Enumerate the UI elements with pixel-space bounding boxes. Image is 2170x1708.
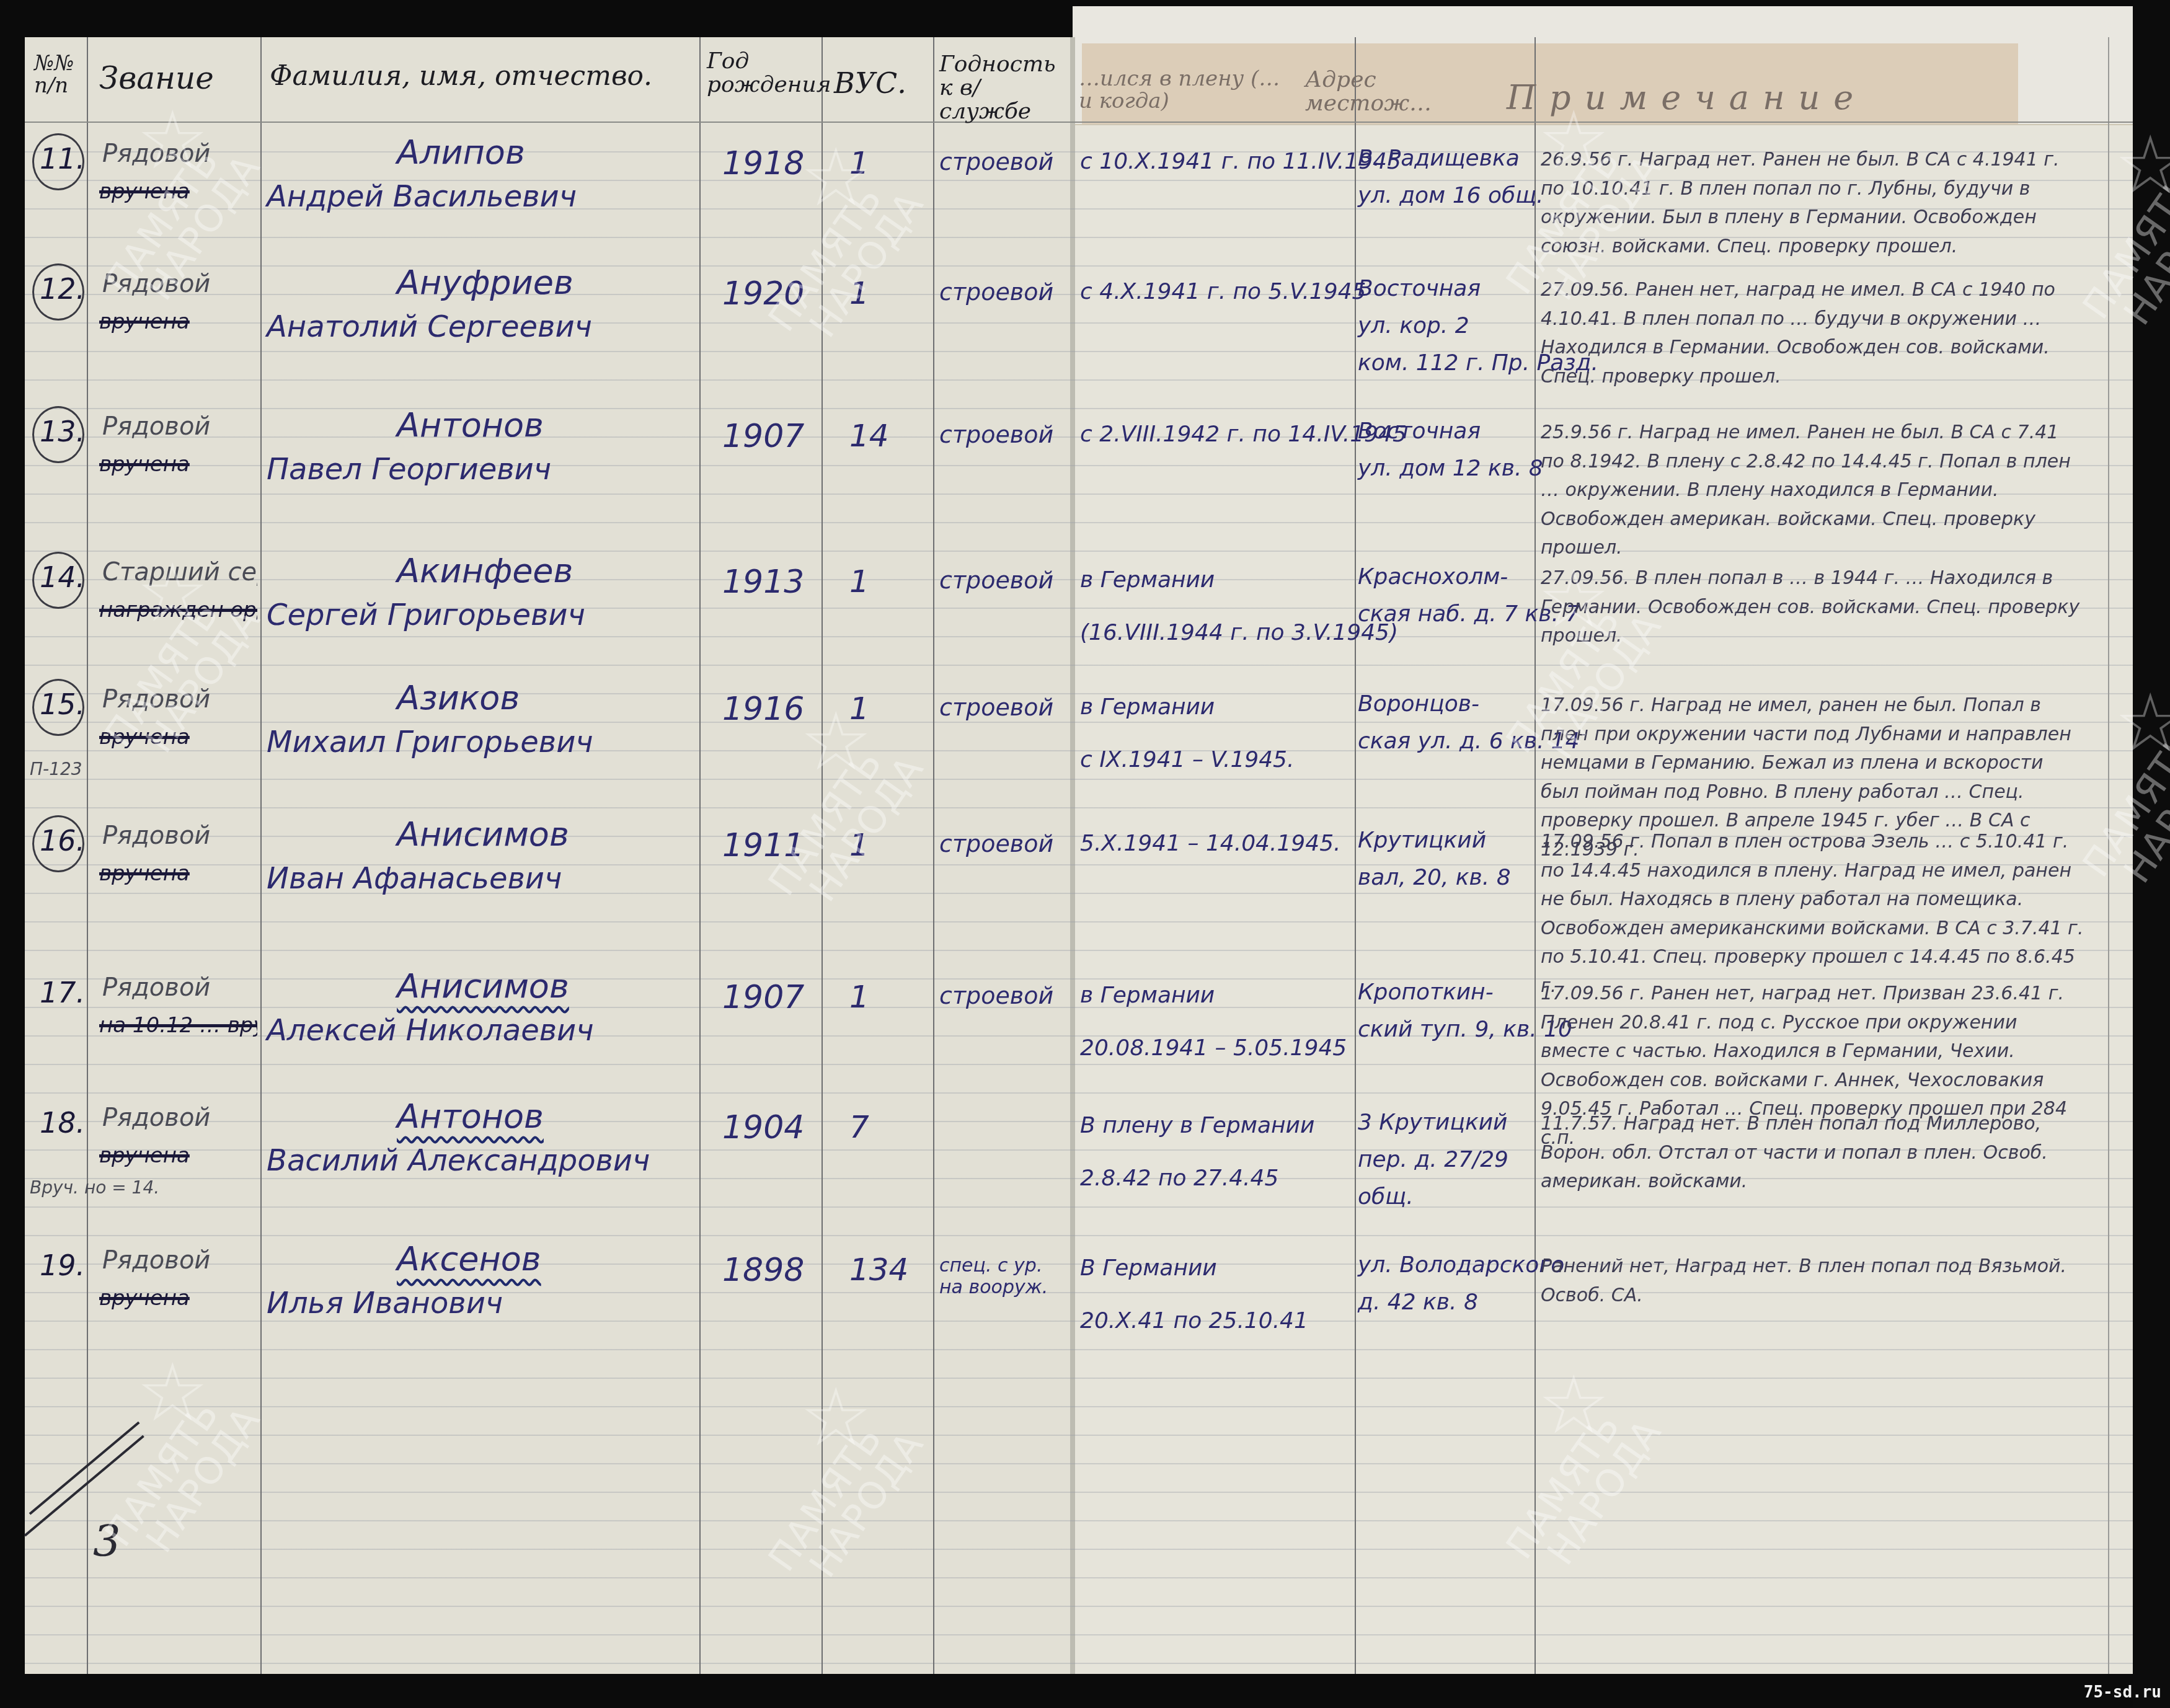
- address-line: вал, 20, кв. 8: [1358, 865, 1511, 890]
- captivity-period: (16.VIII.1944 г. по 3.V.1945): [1080, 620, 1398, 645]
- given-names: Андрей Васильевич: [267, 180, 577, 214]
- fitness: строевой: [939, 694, 1053, 722]
- award-mark: вручена: [99, 1144, 190, 1168]
- row-number: 11.: [40, 143, 85, 175]
- birth-year: 1907: [722, 418, 804, 456]
- surname: Ануфриев: [397, 263, 573, 302]
- award-mark: вручена: [99, 1286, 190, 1311]
- captivity-period: с IX.1941 – V.1945.: [1080, 747, 1294, 772]
- award-mark: на 10.12 … вручена: [99, 1014, 257, 1038]
- birth-year: 1918: [722, 146, 804, 183]
- rank: Рядовой: [102, 821, 210, 850]
- address-line: ул. кор. 2: [1358, 313, 1469, 339]
- given-names: Анатолий Сергеевич: [267, 310, 592, 344]
- address-line: 3 Крутицкий: [1358, 1110, 1507, 1135]
- captivity-period: 5.X.1941 – 14.04.1945.: [1080, 831, 1341, 856]
- award-mark: вручена: [99, 453, 190, 477]
- address-line: ул. дом 12 кв. 8: [1358, 456, 1543, 481]
- address-line: Воронцов-: [1358, 691, 1479, 717]
- address-line: пер. д. 27/29: [1358, 1147, 1508, 1172]
- given-names: Павел Георгиевич: [267, 453, 551, 487]
- surname: Антонов: [397, 1097, 544, 1136]
- rank: Рядовой: [102, 973, 210, 1002]
- fitness: строевой: [939, 983, 1053, 1010]
- row-number: 17.: [40, 976, 85, 1009]
- address-line: Восточная: [1358, 418, 1481, 444]
- surname: Антонов: [397, 406, 544, 445]
- address-line: ул. дом 16 общ.: [1358, 183, 1544, 208]
- address-line: Крутицкий: [1358, 828, 1486, 853]
- column-divider: [699, 37, 701, 1674]
- vus-code: 1: [849, 564, 869, 600]
- side-note: П-123: [30, 759, 82, 779]
- row-number: 14.: [40, 561, 85, 594]
- given-names: Алексей Николаевич: [267, 1014, 594, 1048]
- surname: Анисимов: [397, 967, 569, 1006]
- vus-code: 1: [849, 980, 869, 1016]
- side-note: Вруч. но = 14.: [30, 1178, 159, 1198]
- rank: Рядовой: [102, 1246, 210, 1275]
- header-divider: [25, 122, 2133, 123]
- surname: Анисимов: [397, 815, 569, 854]
- row-number: 18.: [40, 1107, 85, 1139]
- notes: 25.9.56 г. Наград не имел. Ранен не был.…: [1541, 418, 2086, 563]
- column-divider: [933, 37, 934, 1674]
- address-line: Краснохолм-: [1358, 564, 1508, 590]
- captivity-period: в Германии: [1080, 694, 1215, 720]
- fitness: строевой: [939, 422, 1053, 449]
- row-number: 13.: [40, 415, 85, 448]
- header-col-vus: ВУС.: [834, 68, 906, 98]
- column-divider: [87, 37, 88, 1674]
- address-line: Восточная: [1358, 276, 1481, 301]
- surname: Азиков: [397, 679, 520, 717]
- given-names: Илья Иванович: [267, 1286, 503, 1321]
- address-line: Кропоткин-: [1358, 980, 1494, 1005]
- surname: Аксенов: [397, 1240, 541, 1278]
- notes: 17.09.56 г. Попал в плен острова Эзель ……: [1541, 828, 2086, 1001]
- address-line: ул. Володарского: [1358, 1252, 1564, 1278]
- header-col-captivity: …ился в плену (… и когда): [1079, 68, 1283, 112]
- notes: 11.7.57. Наград нет. В плен попал под Ми…: [1541, 1110, 2086, 1197]
- birth-year: 1913: [722, 564, 804, 601]
- fitness: строевой: [939, 149, 1053, 176]
- header-col-address: Адрес местож…: [1305, 68, 1417, 115]
- header-col-fitness: Годность к в/службе: [939, 53, 1063, 123]
- fitness: строевой: [939, 567, 1053, 595]
- row-number: 15.: [40, 688, 85, 721]
- row-number: 12.: [40, 273, 85, 306]
- surname: Алипов: [397, 133, 525, 172]
- address-line: д. 42 кв. 8: [1358, 1290, 1478, 1315]
- captivity-period: 2.8.42 по 27.4.45: [1080, 1166, 1278, 1191]
- rank: Рядовой: [102, 1104, 210, 1132]
- address-line: общ.: [1358, 1184, 1414, 1210]
- site-mark: 75-sd.ru: [2084, 1683, 2161, 1702]
- fitness: строевой: [939, 831, 1053, 858]
- captivity-period: 20.08.1941 – 5.05.1945: [1080, 1035, 1347, 1061]
- given-names: Василий Александрович: [267, 1144, 650, 1178]
- birth-year: 1916: [722, 691, 804, 728]
- captivity-period: В Германии: [1080, 1255, 1217, 1281]
- vus-code: 14: [849, 418, 889, 454]
- award-mark: вручена: [99, 862, 190, 886]
- fitness: спец. с ур. на вооруж.: [939, 1255, 1069, 1298]
- address-line: В. Радищевка: [1358, 146, 1520, 171]
- row-number: 16.: [40, 825, 85, 857]
- vus-code: 7: [849, 1110, 869, 1146]
- captivity-period: с 10.X.1941 г. по 11.IV.1945: [1080, 149, 1401, 174]
- row-number: 19.: [40, 1249, 85, 1282]
- captivity-period: в Германии: [1080, 983, 1215, 1008]
- birth-year: 1904: [722, 1110, 804, 1147]
- birth-year: 1898: [722, 1252, 804, 1290]
- captivity-period: В плену в Германии: [1080, 1113, 1314, 1138]
- birth-year: 1907: [722, 980, 804, 1017]
- notes: 27.09.56. Ранен нет, наград не имел. В С…: [1541, 276, 2086, 391]
- captivity-period: 20.X.41 по 25.10.41: [1080, 1308, 1308, 1334]
- given-names: Иван Афанасьевич: [267, 862, 562, 896]
- header-col-no: №№ п/п: [34, 53, 77, 97]
- award-mark: вручена: [99, 310, 190, 334]
- header-col-rank: Звание: [99, 62, 214, 95]
- surname: Акинфеев: [397, 552, 573, 590]
- captivity-period: в Германии: [1080, 567, 1215, 593]
- given-names: Сергей Григорьевич: [267, 598, 585, 632]
- header-col-name: Фамилия, имя, отчество.: [270, 62, 652, 91]
- header-col-birth-year: Год рождения: [707, 50, 812, 97]
- vus-code: 134: [849, 1252, 908, 1288]
- given-names: Михаил Григорьевич: [267, 725, 593, 759]
- captivity-period: с 4.X.1941 г. по 5.V.1945: [1080, 279, 1366, 304]
- notes: Ранений нет, Наград нет. В плен попал по…: [1541, 1252, 2086, 1310]
- rank: Рядовой: [102, 412, 210, 441]
- fitness: строевой: [939, 279, 1053, 306]
